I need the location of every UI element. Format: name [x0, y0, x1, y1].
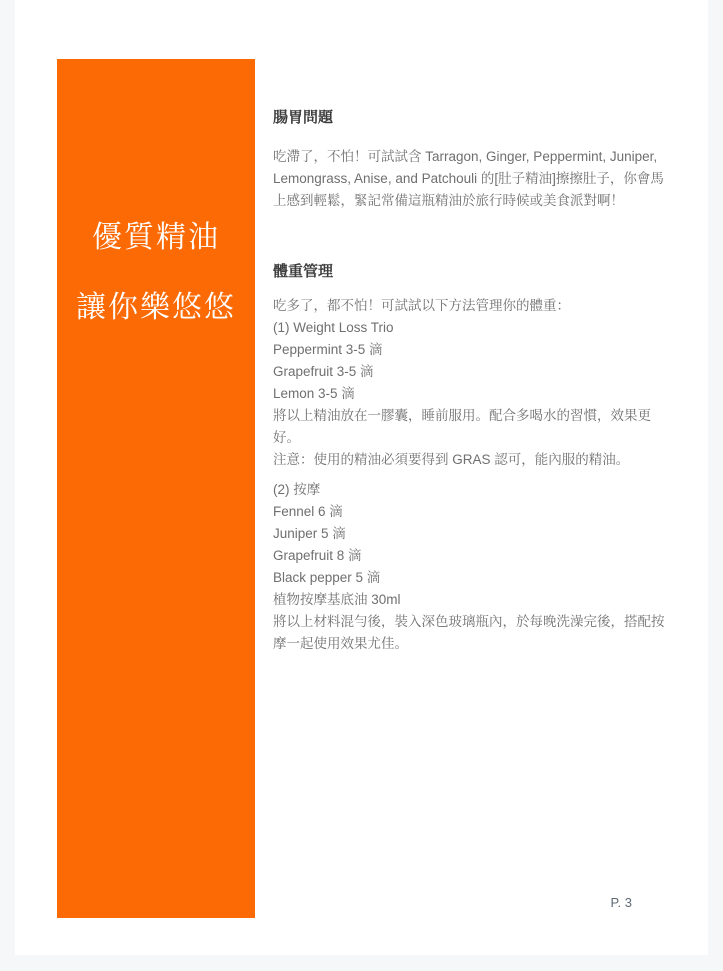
method2-title: (2) 按摩: [273, 479, 677, 501]
sidebar-banner: 優質精油 讓你樂悠悠: [57, 59, 255, 918]
sidebar-slogan-line2: 讓你樂悠悠: [57, 273, 255, 343]
recipe-item: Grapefruit 8 滴: [273, 545, 677, 567]
recipe-item: Lemon 3-5 滴: [273, 383, 677, 405]
section-heading-digestive: 腸胃問題: [273, 108, 677, 128]
recipe-item: Fennel 6 滴: [273, 501, 677, 523]
document-page: 優質精油 讓你樂悠悠 腸胃問題 吃滯了，不怕！可試試含 Tarragon, Gi…: [15, 0, 708, 955]
recipe-item: Peppermint 3-5 滴: [273, 339, 677, 361]
digestive-paragraph: 吃滯了，不怕！可試試含 Tarragon, Ginger, Peppermint…: [273, 146, 677, 212]
recipe-item: Black pepper 5 滴: [273, 567, 677, 589]
page-number: P. 3: [611, 894, 632, 912]
method1-instruction: 將以上精油放在一膠囊，睡前服用。配合多喝水的習慣，效果更好。: [273, 405, 677, 449]
document-viewport: 優質精油 讓你樂悠悠 腸胃問題 吃滯了，不怕！可試試含 Tarragon, Gi…: [0, 0, 723, 971]
sidebar-slogan: 優質精油 讓你樂悠悠: [57, 203, 255, 343]
recipe-item: Juniper 5 滴: [273, 523, 677, 545]
section-heading-weight: 體重管理: [273, 262, 677, 282]
weight-method-1: (1) Weight Loss Trio Peppermint 3-5 滴 Gr…: [273, 317, 677, 471]
sidebar-slogan-line1: 優質精油: [57, 203, 255, 273]
method1-note: 注意：使用的精油必須要得到 GRAS 認可，能內服的精油。: [273, 449, 677, 471]
method2-instruction: 將以上材料混勻後，裝入深色玻璃瓶內，於每晚洗澡完後，搭配按摩一起使用效果尤佳。: [273, 611, 677, 655]
weight-method-2: (2) 按摩 Fennel 6 滴 Juniper 5 滴 Grapefruit…: [273, 479, 677, 655]
main-content: 腸胃問題 吃滯了，不怕！可試試含 Tarragon, Ginger, Peppe…: [273, 0, 677, 655]
recipe-item: Grapefruit 3-5 滴: [273, 361, 677, 383]
weight-intro: 吃多了，都不怕！可試試以下方法管理你的體重：: [273, 295, 677, 317]
method1-title: (1) Weight Loss Trio: [273, 317, 677, 339]
recipe-item: 植物按摩基底油 30ml: [273, 589, 677, 611]
